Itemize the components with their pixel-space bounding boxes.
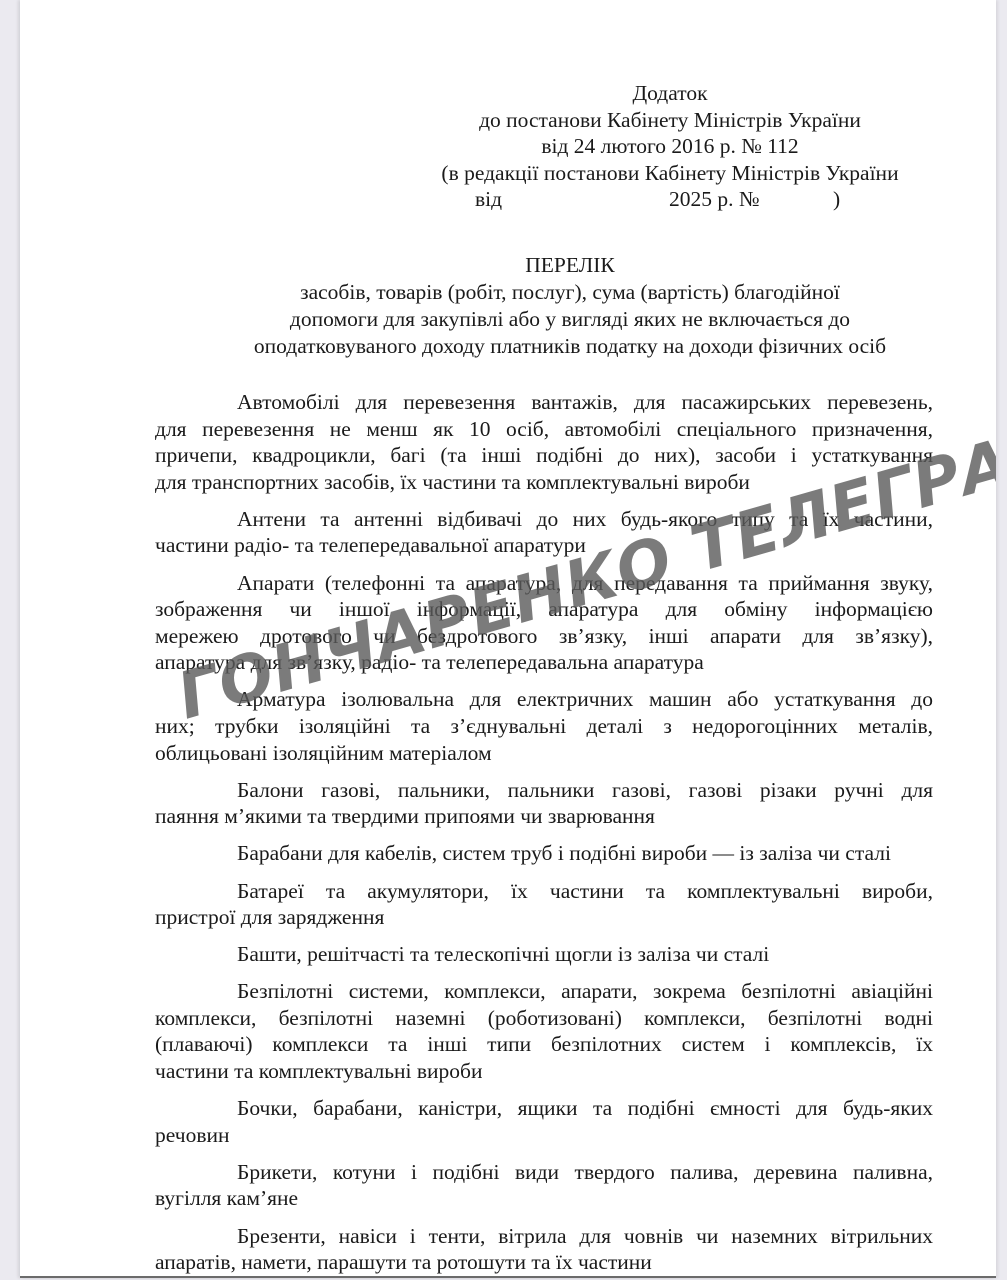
list-item-line: облицьовані ізоляційним матеріалом <box>155 740 933 767</box>
list-item-line: Безпілотні системи, комплекси, апарати, … <box>155 978 933 1005</box>
header-close-paren: ) <box>833 186 840 213</box>
list-item: Автомобілі для перевезення вантажів, для… <box>155 389 933 495</box>
list-item: Антени та антенні відбивачі до них будь-… <box>155 506 933 559</box>
list-item-line: Бочки, барабани, каністри, ящики та поді… <box>155 1095 933 1122</box>
list-item-line: Брезенти, навіси і тенти, вітрила для чо… <box>155 1223 933 1250</box>
title-subtitle-line: оподатковуваного доходу платників податк… <box>190 333 950 360</box>
list-item: Бочки, барабани, каністри, ящики та поді… <box>155 1095 933 1148</box>
list-item-line: апаратів, намети, парашути та ротошути т… <box>155 1249 933 1276</box>
list-item: Башти, решітчасті та телескопічні щогли … <box>155 941 933 968</box>
document-title: ПЕРЕЛІК засобів, товарів (робіт, послуг)… <box>190 252 950 360</box>
title-subtitle-line: засобів, товарів (робіт, послуг), сума (… <box>190 279 950 306</box>
list-item-line: паяння м’якими та твердими припоями чи з… <box>155 803 933 830</box>
header-line: від 24 лютого 2016 р. № 112 <box>400 133 940 160</box>
list-item: Арматура ізолювальна для електричних маш… <box>155 686 933 766</box>
list-item-line: апаратура для зв’язку, радіо- та телепер… <box>155 649 933 676</box>
list-item-line: частини радіо- та телепередавальної апар… <box>155 532 933 559</box>
list-item-line: Балони газові, пальники, пальники газові… <box>155 777 933 804</box>
header-line: (в редакції постанови Кабінету Міністрів… <box>400 160 940 187</box>
list-item: Барабани для кабелів, систем труб і поді… <box>155 840 933 867</box>
list-item-line: для перевезення не менш як 10 осіб, авто… <box>155 416 933 443</box>
list-item-line: (плаваючі) комплекси та інші типи безпіл… <box>155 1031 933 1058</box>
list-item-line: них; трубки ізоляційні та з’єднувальні д… <box>155 713 933 740</box>
list-item-line: Брикети, котуни і подібні види твердого … <box>155 1159 933 1186</box>
list-item: Безпілотні системи, комплекси, апарати, … <box>155 978 933 1084</box>
list-item: Брикети, котуни і подібні види твердого … <box>155 1159 933 1212</box>
header-line: до постанови Кабінету Міністрів України <box>400 107 940 134</box>
header-year-number: 2025 р. № <box>669 186 759 213</box>
list-item-line: для транспортних засобів, їх частини та … <box>155 469 933 496</box>
items-list: Автомобілі для перевезення вантажів, для… <box>155 389 933 1278</box>
list-item: Батареї та акумулятори, їх частини та ко… <box>155 878 933 931</box>
list-item-line: Арматура ізолювальна для електричних маш… <box>155 686 933 713</box>
list-item: Балони газові, пальники, пальники газові… <box>155 777 933 830</box>
list-item-line: речовин <box>155 1122 933 1149</box>
header-from-label: від <box>475 186 502 213</box>
list-item-line: частини та комплектувальні вироби <box>155 1058 933 1085</box>
title-subtitle-line: допомоги для закупівлі або у вигляді яки… <box>190 306 950 333</box>
list-item: Апарати (телефонні та апаратура, для пер… <box>155 570 933 676</box>
list-item: Брезенти, навіси і тенти, вітрила для чо… <box>155 1223 933 1276</box>
title-heading: ПЕРЕЛІК <box>190 252 950 279</box>
list-item-line: мережею дротового чи бездротового зв’язк… <box>155 623 933 650</box>
list-item-line: Батареї та акумулятори, їх частини та ко… <box>155 878 933 905</box>
list-item-line: вугілля кам’яне <box>155 1185 933 1212</box>
list-item-line: Башти, решітчасті та телескопічні щогли … <box>155 941 933 968</box>
list-item-line: зображення чи іншої інформації, апаратур… <box>155 596 933 623</box>
document-page: Додаток до постанови Кабінету Міністрів … <box>20 0 996 1278</box>
list-item-line: комплекси, безпілотні наземні (роботизов… <box>155 1005 933 1032</box>
appendix-header: Додаток до постанови Кабінету Міністрів … <box>400 80 940 213</box>
viewer-background: Додаток до постанови Кабінету Міністрів … <box>0 0 1007 1280</box>
list-item-line: пристрої для зарядження <box>155 904 933 931</box>
header-edition-date-line: від 2025 р. № ) <box>400 186 940 213</box>
list-item-line: Автомобілі для перевезення вантажів, для… <box>155 389 933 416</box>
list-item-line: Антени та антенні відбивачі до них будь-… <box>155 506 933 533</box>
header-line: Додаток <box>400 80 940 107</box>
list-item-line: причепи, квадроцикли, багі (та інші поді… <box>155 442 933 469</box>
list-item-line: Барабани для кабелів, систем труб і поді… <box>155 840 933 867</box>
list-item-line: Апарати (телефонні та апаратура, для пер… <box>155 570 933 597</box>
